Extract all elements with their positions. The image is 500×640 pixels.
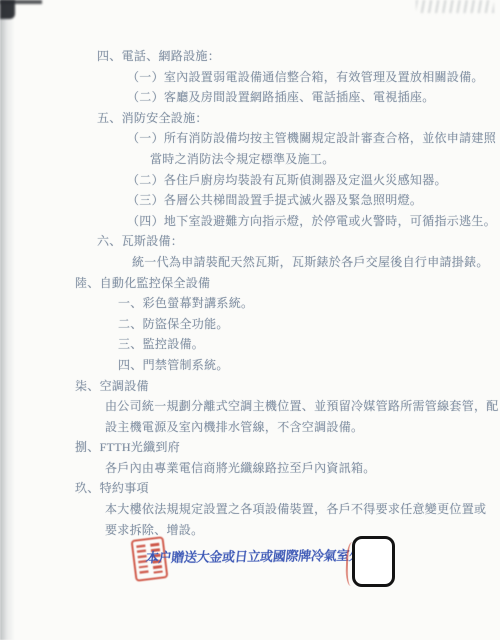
document-line: （二）各住戶廚房均裝設有瓦斯偵測器及定溫火災感知器。	[127, 170, 500, 191]
document-line: （二）客廳及房間設置網路插座、電話插座、電視插座。	[127, 87, 500, 108]
document-lines: 四、電話、網路設施：（一）室內設置弱電設備通信整合箱，有效管理及置放相關設備。（…	[0, 46, 500, 540]
document-line: 本大樓依法規規定設置之各項設備裝置，各戶不得要求任意變更位置或	[105, 499, 500, 520]
document-line: 玖、特約事項	[75, 478, 500, 499]
scan-smudge	[416, 0, 494, 13]
document-line: 三、監控設備。	[118, 334, 500, 355]
document-line: （一）室內設置弱電設備通信整合箱，有效管理及置放相關設備。	[127, 67, 500, 88]
scan-top-streak	[0, 0, 42, 4]
document-line: （一）所有消防設備均按主管機關規定設計審查合格，並依申請建照	[127, 128, 500, 149]
document-line: 統一代為申請裝配天然瓦斯，瓦斯錶於各戶交屋後自行申請掛錶。	[132, 252, 500, 273]
scanned-document-page: 四、電話、網路設施：（一）室內設置弱電設備通信整合箱，有效管理及置放相關設備。（…	[0, 0, 500, 640]
handwritten-note: 本户贈送大金或日立或國際牌冷氣室外機	[145, 545, 376, 566]
document-line: 設主機電源及室內機排水管線，不含空調設備。	[105, 417, 500, 438]
document-line: 五、消防安全設施：	[97, 108, 500, 129]
document-line: 一、彩色螢幕對講系統。	[118, 293, 500, 314]
document-line: 六、瓦斯設備：	[97, 231, 500, 252]
redaction-box	[352, 536, 395, 587]
document-line: （四）地下室設避難方向指示燈，於停電或火警時，可循指示逃生。	[127, 211, 500, 232]
document-line: 當時之消防法令規定標準及施工。	[150, 149, 500, 170]
document-line: 由公司統一規劃分離式空調主機位置、並預留冷媒管路所需管線套管，配	[105, 396, 500, 417]
document-line: 捌、FTTH光纖到府	[75, 437, 500, 458]
document-line: 各戶內由專業電信商將光纖線路拉至戶內資訊箱。	[105, 458, 500, 479]
document-line: 二、防盜保全功能。	[118, 314, 500, 335]
document-line: 陸、自動化監控保全設備	[75, 273, 500, 294]
document-line: 柒、空調設備	[75, 376, 500, 397]
document-line: 四、門禁管制系統。	[118, 355, 500, 376]
document-line: 四、電話、網路設施：	[97, 46, 500, 67]
document-line: （三）各層公共梯間設置手提式滅火器及緊急照明燈。	[127, 190, 500, 211]
document-line: 要求拆除、增設。	[105, 520, 500, 541]
